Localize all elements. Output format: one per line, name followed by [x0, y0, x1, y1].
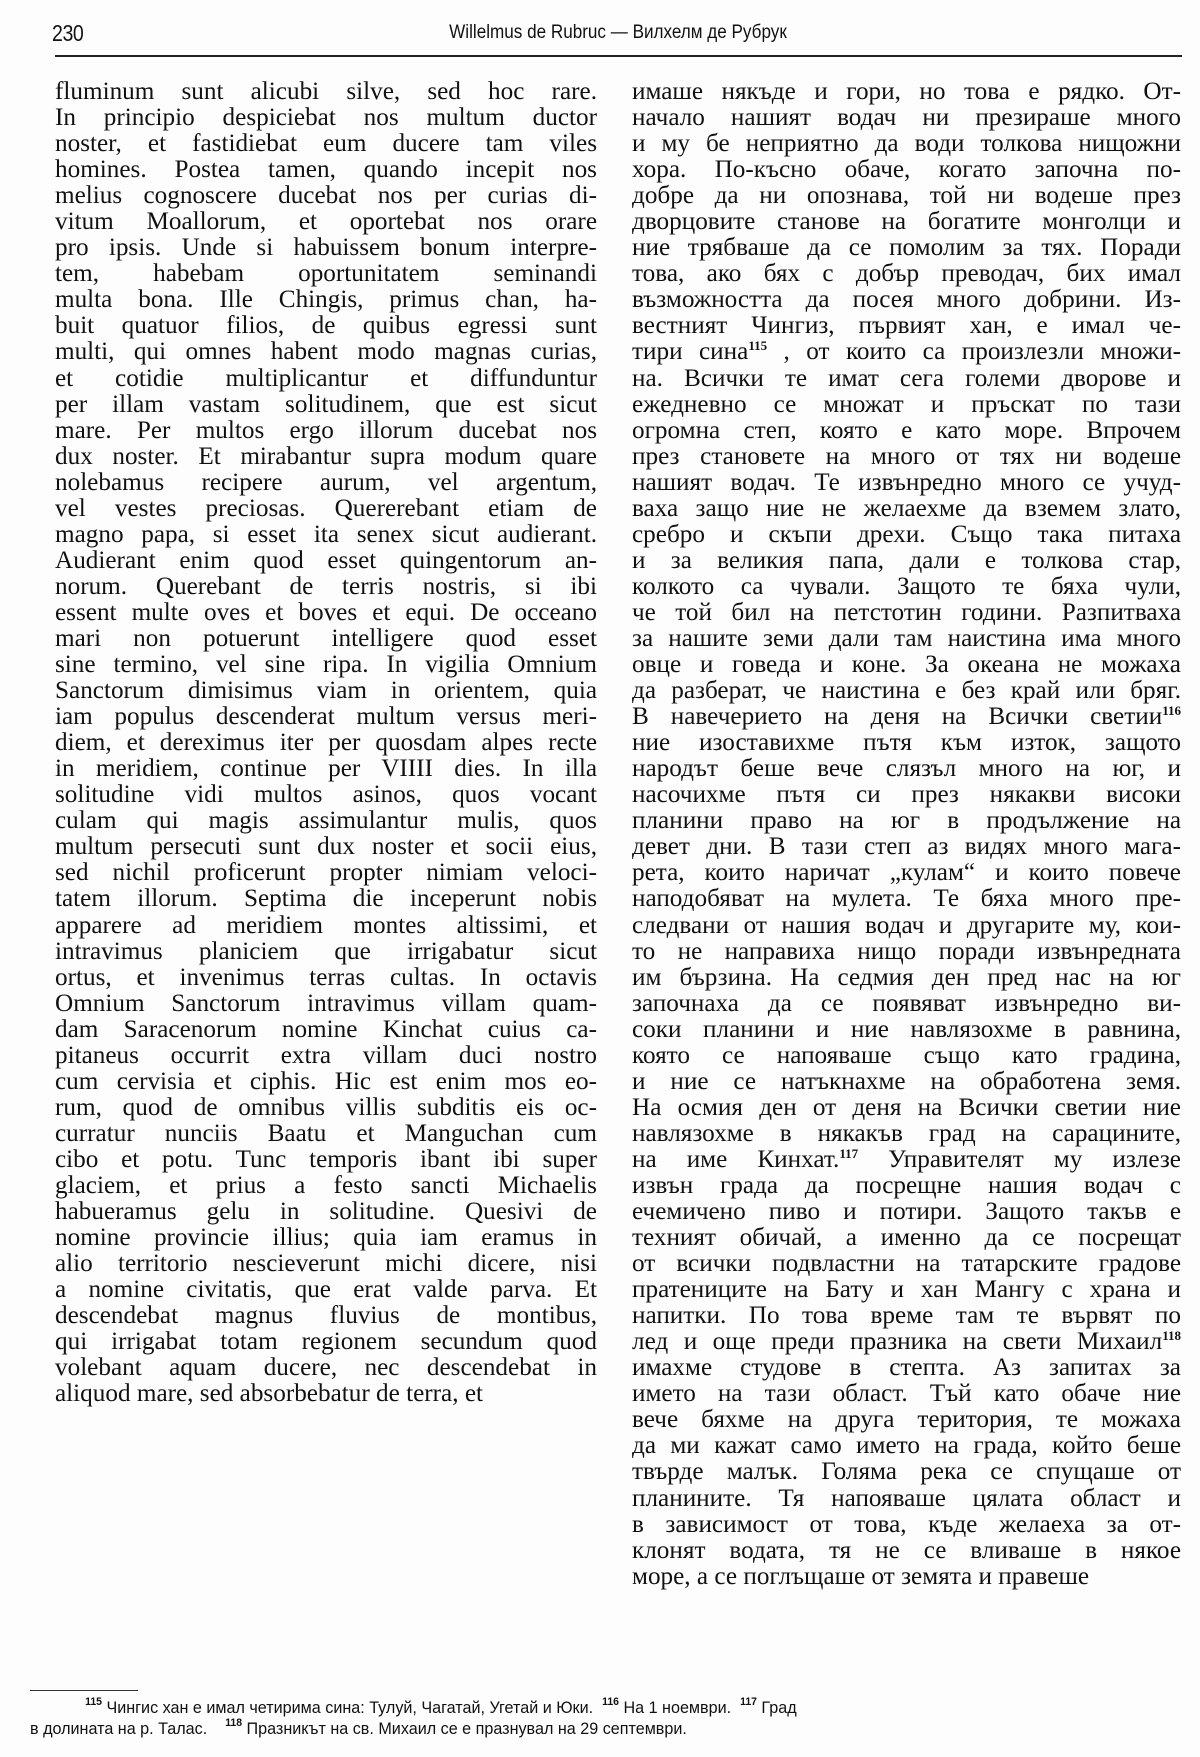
latin-text-line: habueramus gelu in solitudine. Quesivi d… [55, 1199, 597, 1225]
bulgarian-text-line: пратениците на Бату и хан Мангу с храна … [632, 1277, 1181, 1303]
bulgarian-text-line: в зависимост от това, къде желаеха за от… [632, 1512, 1181, 1538]
latin-text-line: noster, et fastidiebat eum ducere tam vi… [55, 131, 597, 157]
bulgarian-text-line: овце и говеда и коне. За океана не можах… [632, 652, 1181, 678]
latin-text-line: aliquod mare, sed absorbebatur de terra,… [55, 1381, 597, 1407]
footnote-line-1: 115 Чингис хан е имал четирима сина: Тул… [30, 1697, 1123, 1718]
latin-text-line: Audierant enim quod esset quingentorum a… [55, 548, 597, 574]
footnote-117-text: Град [757, 1698, 797, 1717]
bulgarian-text-line: колкото са чували. Защото те бяха чули, [632, 574, 1181, 600]
latin-text-line: dux noster. Et mirabantur supra modum qu… [55, 444, 597, 470]
latin-text-line: multi, qui omnes habent modo magnas curi… [55, 339, 597, 365]
latin-text-line: alio territorio nescieverunt michi dicer… [55, 1251, 597, 1277]
latin-text-line: magno papa, si esset ita senex sicut aud… [55, 522, 597, 548]
footnote-divider [30, 1690, 138, 1691]
latin-text-line: multa bona. Ille Chingis, primus chan, h… [55, 287, 597, 313]
bulgarian-text-line: да разберат, че наистина е без край или … [632, 678, 1181, 704]
bulgarian-text-line: море, а се поглъщаше от земята и правеше [632, 1564, 1181, 1590]
bulgarian-text-line: това, ако бях с добър преводач, бих имал [632, 261, 1181, 287]
latin-text-line: et cotidie multiplicantur et diffunduntu… [55, 366, 597, 392]
bulgarian-text-line: ежедневно се множат и пръскат по тази [632, 392, 1181, 418]
footnote-marker-116: 116 [602, 1696, 619, 1708]
bulgarian-text-line: тири сина115 , от които са произлезли мн… [632, 339, 1181, 365]
bulgarian-text-line: напитки. По това време там те вървят по [632, 1303, 1181, 1329]
bulgarian-text-line: имаше някъде и гори, но това е рядко. От… [632, 79, 1181, 105]
bulgarian-text-line: и за великия папа, дали е толкова стар, [632, 548, 1181, 574]
bulgarian-text-line: на име Кинхат.117 Управителят му излезе [632, 1147, 1181, 1173]
bulgarian-text-line: и ние се натъкнахме на обработена земя. [632, 1069, 1181, 1095]
page-number: 230 [52, 20, 83, 47]
bulgarian-text-line: девет дни. В тази степ аз видях много ма… [632, 834, 1181, 860]
latin-text-line: iam populus descenderat multum versus me… [55, 704, 597, 730]
bulgarian-text-line: вестният Чингиз, първият хан, е имал че- [632, 313, 1181, 339]
bulgarian-text-line: народът беше вече слязъл много на юг, и [632, 756, 1181, 782]
bulgarian-text-line: че той бил на петстотин години. Разпитва… [632, 600, 1181, 626]
footnote-line-2: в долината на р. Талас. 118 Празникът на… [30, 1718, 1123, 1739]
latin-text-line: norum. Querebant de terris nostris, si i… [55, 574, 597, 600]
latin-text-line: buit quatuor filios, de quibus egressi s… [55, 313, 597, 339]
bulgarian-text-line: В навечерието на деня на Всички светии11… [632, 704, 1181, 730]
bulgarian-text-line: ние трябваше да се помолим за тях. Порад… [632, 235, 1181, 261]
latin-text-line: In principio despiciebat nos multum duct… [55, 105, 597, 131]
bulgarian-text-line: следвани от нашия водач и другарите му, … [632, 913, 1181, 939]
footnote-118-text: Празникът на св. Михаил се е празнувал н… [242, 1719, 687, 1738]
running-title: Willelmus de Rubruc — Вилхелм де Рубрук [109, 22, 1128, 44]
bulgarian-text-line: На осмия ден от деня на Всички светии ни… [632, 1095, 1181, 1121]
latin-text-line: sine termino, vel sine ripa. In vigilia … [55, 652, 597, 678]
latin-text-line: dam Saracenorum nomine Kinchat cuius ca- [55, 1017, 597, 1043]
latin-text-line: glaciem, et prius a festo sancti Michael… [55, 1173, 597, 1199]
latin-text-line: apparere ad meridiem montes altissimi, e… [55, 913, 597, 939]
latin-text-line: tem, habebam oportunitatem seminandi [55, 261, 597, 287]
bulgarian-text-line: огромна степ, която е като море. Впрочем [632, 418, 1181, 444]
footnote-reference: 116 [1162, 703, 1181, 718]
latin-text-line: per illam vastam solitudinem, que est si… [55, 392, 597, 418]
bulgarian-text-line: и му бе неприятно да води толкова нищожн… [632, 131, 1181, 157]
book-page: 230 Willelmus de Rubruc — Вилхелм де Руб… [0, 0, 1200, 1757]
footnote-reference: 115 [748, 338, 767, 353]
bulgarian-text-line: ние изоставихме пътя към изток, защото [632, 730, 1181, 756]
footnote-reference: 118 [1162, 1328, 1181, 1343]
bulgarian-text-line: за нашите земи дали там наистина има мно… [632, 626, 1181, 652]
footnotes: 115 Чингис хан е имал четирима сина: Тул… [30, 1697, 1123, 1739]
bulgarian-text-line: техният обичай, а именно да се посрещат [632, 1225, 1181, 1251]
latin-text-line: nolebamus recipere aurum, vel argentum, [55, 470, 597, 496]
bulgarian-text-line: навлязохме в някакъв град на сарацините, [632, 1121, 1181, 1147]
latin-text-line: qui irrigabat totam regionem secundum qu… [55, 1329, 597, 1355]
latin-text-line: mari non potuerunt intelligere quod esse… [55, 626, 597, 652]
latin-text-line: homines. Postea tamen, quando incepit no… [55, 157, 597, 183]
latin-text-column: fluminum sunt alicubi silve, sed hoc rar… [55, 79, 597, 1407]
latin-text-line: diem, et dereximus iter per quosdam alpe… [55, 730, 597, 756]
bulgarian-text-line: ваха защо ние не желаехме да вземем злат… [632, 496, 1181, 522]
latin-text-line: ortus, et invenimus terras cultas. In oc… [55, 965, 597, 991]
bulgarian-text-line: извън града да посрещне нашия водач с [632, 1173, 1181, 1199]
bulgarian-text-line: възможността да посея много добрини. Из- [632, 287, 1181, 313]
latin-text-line: pitaneus occurrit extra villam duci nost… [55, 1043, 597, 1069]
latin-text-line: multum persecuti sunt dux noster et soci… [55, 834, 597, 860]
bulgarian-text-line: името на тази област. Тъй като обаче ние [632, 1381, 1181, 1407]
bulgarian-text-line: имахме студове в степта. Аз запитах за [632, 1355, 1181, 1381]
bulgarian-text-line: твърде малък. Голяма река се спущаше от [632, 1459, 1181, 1485]
latin-text-line: tatem illorum. Septima die inceperunt no… [55, 886, 597, 912]
latin-text-line: sed nichil proficerunt propter nimiam ve… [55, 860, 597, 886]
latin-text-line: intravimus planiciem que irrigabatur sic… [55, 939, 597, 965]
bulgarian-text-line: лед и още преди празника на свети Михаил… [632, 1329, 1181, 1355]
bulgarian-text-line: планини право на юг в продължение на [632, 808, 1181, 834]
latin-text-line: vitum Moallorum, et oportebat nos orare [55, 209, 597, 235]
bulgarian-text-line: от всички подвластни на татарските градо… [632, 1251, 1181, 1277]
footnote-marker-118: 118 [225, 1717, 242, 1729]
bulgarian-text-line: клонят водата, тя не се вливаше в някое [632, 1538, 1181, 1564]
latin-text-line: essent multe oves et boves et equi. De o… [55, 600, 597, 626]
footnote-reference: 117 [839, 1146, 858, 1161]
latin-text-line: volebant aquam ducere, nec descendebat i… [55, 1355, 597, 1381]
latin-text-line: Omnium Sanctorum intravimus villam quam- [55, 991, 597, 1017]
latin-text-line: culam qui magis assimulantur mulis, quos [55, 808, 597, 834]
latin-text-line: a nomine civitatis, que erat valde parva… [55, 1277, 597, 1303]
bulgarian-text-line: през становете на много от тях ни водеше [632, 444, 1181, 470]
footnote-marker-117: 117 [740, 1696, 757, 1708]
footnote-116-text: На 1 ноември. [619, 1698, 731, 1717]
page-header: 230 Willelmus de Rubruc — Вилхелм де Руб… [52, 18, 1184, 58]
bulgarian-text-line: им бързина. На седмия ден пред нас на юг [632, 965, 1181, 991]
bulgarian-text-line: рета, които наричат „кулам“ и които пове… [632, 860, 1181, 886]
latin-text-line: Sanctorum dimisimus viam in orientem, qu… [55, 678, 597, 704]
latin-text-line: descendebat magnus fluvius de montibus, [55, 1303, 597, 1329]
bulgarian-text-line: насочихме пътя си през някакви високи [632, 782, 1181, 808]
bulgarian-text-line: дворцовите станове на богатите монголци … [632, 209, 1181, 235]
bulgarian-text-line: хора. По-късно обаче, когато започна по- [632, 157, 1181, 183]
bulgarian-text-line: ечемичено пиво и потири. Защото такъв е [632, 1199, 1181, 1225]
bulgarian-text-line: планините. Тя напояваше цялата област и [632, 1486, 1181, 1512]
bulgarian-text-line: нашият водач. Те извънредно много се учу… [632, 470, 1181, 496]
bulgarian-text-line: да ми кажат само името на града, който б… [632, 1433, 1181, 1459]
latin-text-line: rum, quod de omnibus villis subditis eis… [55, 1095, 597, 1121]
latin-text-line: curratur nunciis Baatu et Manguchan cum [55, 1121, 597, 1147]
latin-text-line: cum cervisia et ciphis. Hic est enim mos… [55, 1069, 597, 1095]
bulgarian-text-line: вече бяхме на друга територия, те можаха [632, 1407, 1181, 1433]
bulgarian-text-line: добре да ни опознава, той ни водеше през [632, 183, 1181, 209]
latin-text-line: fluminum sunt alicubi silve, sed hoc rar… [55, 79, 597, 105]
latin-text-line: solitudine vidi multos asinos, quos voca… [55, 782, 597, 808]
bulgarian-text-line: то не направиха нищо поради извънредната [632, 939, 1181, 965]
bulgarian-text-line: започнаха да се появяват извънредно ви- [632, 991, 1181, 1017]
latin-text-line: vel vestes preciosas. Quererebant etiam … [55, 496, 597, 522]
bulgarian-text-line: сребро и скъпи дрехи. Също така питаха [632, 522, 1181, 548]
latin-text-line: nomine provincie illius; quia iam eramus… [55, 1225, 597, 1251]
bulgarian-text-line: наподобяват на мулета. Те бяха много пре… [632, 886, 1181, 912]
footnote-117-text-cont: в долината на р. Талас. [30, 1719, 207, 1738]
latin-text-line: melius cognoscere ducebat nos per curias… [55, 183, 597, 209]
bulgarian-text-line: която се напояваше също като градина, [632, 1043, 1181, 1069]
latin-text-line: mare. Per multos ergo illorum ducebat no… [55, 418, 597, 444]
header-divider [55, 55, 1182, 57]
bulgarian-text-line: на. Всички те имат сега големи дворове и [632, 366, 1181, 392]
footnote-115-text: Чингис хан е имал четирима сина: Тулуй, … [102, 1698, 593, 1717]
latin-text-line: pro ipsis. Unde si habuissem bonum inter… [55, 235, 597, 261]
bulgarian-text-column: имаше някъде и гори, но това е рядко. От… [632, 79, 1181, 1590]
footnote-marker-115: 115 [85, 1696, 102, 1708]
latin-text-line: in meridiem, continue per VIIII dies. In… [55, 756, 597, 782]
bulgarian-text-line: начало нашият водач ни презираше много [632, 105, 1181, 131]
bulgarian-text-line: соки планини и ние навлязохме в равнина, [632, 1017, 1181, 1043]
latin-text-line: cibo et potu. Tunc temporis ibant ibi su… [55, 1147, 597, 1173]
